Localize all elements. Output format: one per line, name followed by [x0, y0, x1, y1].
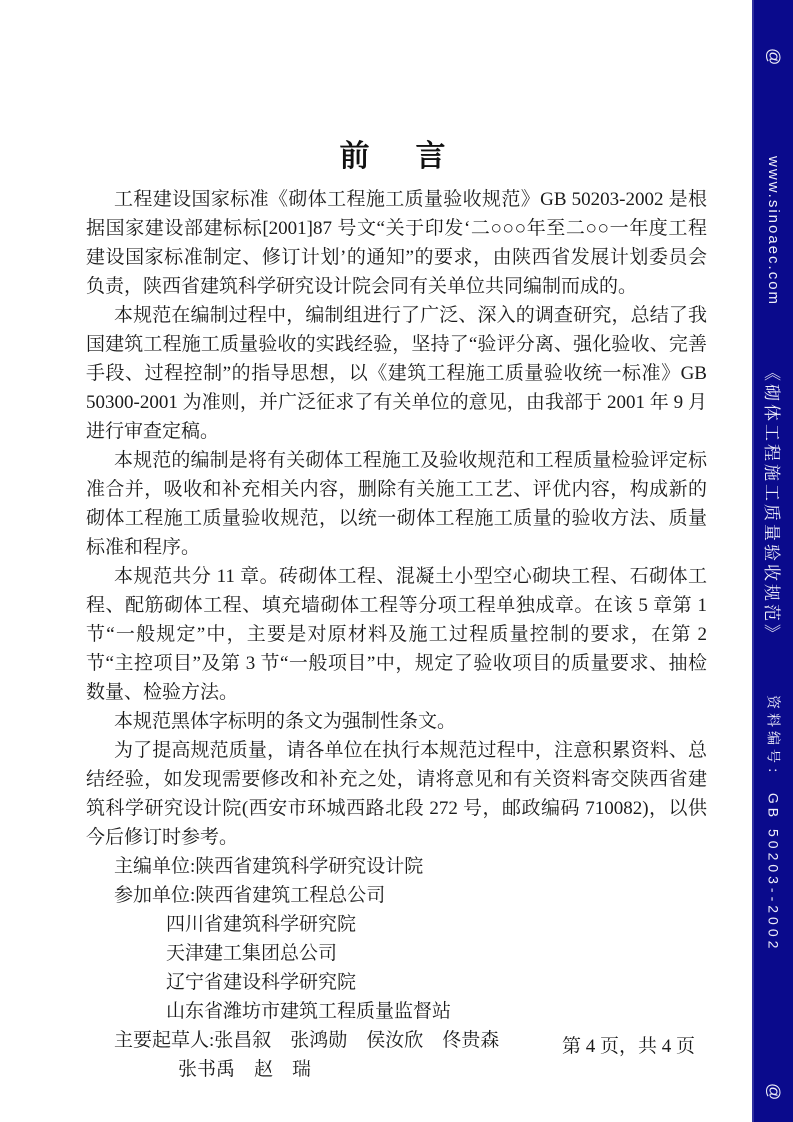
- participant-line: 天津建工集团总公司: [86, 939, 707, 968]
- paragraph: 工程建设国家标准《砌体工程施工质量验收规范》GB 50203-2002 是根据国…: [86, 185, 707, 301]
- right-spine-bar: @ www.sinoaec.com 《砌体工程施工质量验收规范》 资料编号： G…: [752, 0, 793, 1122]
- drafters-line: 张书禹 赵 瑞: [86, 1055, 707, 1084]
- participant-line: 参加单位:陕西省建筑工程总公司: [86, 881, 707, 910]
- paragraph: 本规范黑体字标明的条文为强制性条文。: [86, 707, 707, 736]
- document-page: 前 言 工程建设国家标准《砌体工程施工质量验收规范》GB 50203-2002 …: [0, 0, 793, 1122]
- at-icon: @: [764, 48, 784, 65]
- paragraph: 为了提高规范质量，请各单位在执行本规范过程中，注意积累资料、总结经验，如发现需要…: [86, 736, 707, 852]
- participant-line: 山东省潍坊市建筑工程质量监督站: [86, 997, 707, 1026]
- participant-line: 四川省建筑科学研究院: [86, 910, 707, 939]
- page-title: 前 言: [86, 131, 707, 175]
- paragraph: 本规范在编制过程中，编制组进行了广泛、深入的调查研究，总结了我国建筑工程施工质量…: [86, 301, 707, 446]
- paragraph: 本规范的编制是将有关砌体工程施工及验收规范和工程质量检验评定标准合并，吸收和补充…: [86, 446, 707, 562]
- at-icon: @: [764, 1083, 784, 1100]
- paragraph: 本规范共分 11 章。砖砌体工程、混凝土小型空心砌块工程、石砌体工程、配筋砌体工…: [86, 562, 707, 707]
- page-number: 第 4 页，共 4 页: [562, 1031, 695, 1058]
- website-text: www.sinoaec.com: [765, 156, 782, 306]
- chief-editor-line: 主编单位:陕西省建筑科学研究设计院: [86, 852, 707, 881]
- spine-doc-number: 资料编号： GB 50203--2002: [764, 695, 784, 952]
- document-body: 前 言 工程建设国家标准《砌体工程施工质量验收规范》GB 50203-2002 …: [86, 131, 707, 1084]
- spine-book-title: 《砌体工程施工质量验收规范》: [761, 364, 786, 644]
- participant-line: 辽宁省建设科学研究院: [86, 968, 707, 997]
